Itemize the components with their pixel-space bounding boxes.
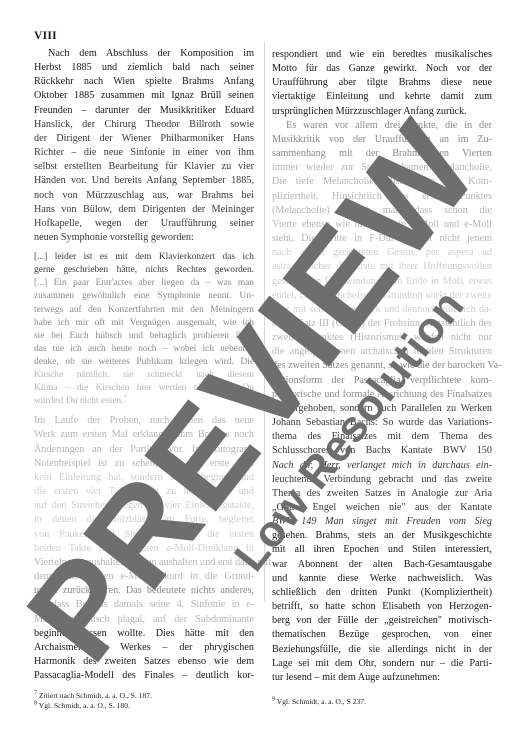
paragraph-intro: Nach dem Abschluss der Komposition im He… (34, 47, 254, 245)
text-line: immer wieder zur Sprache kamen: Melancho… (272, 161, 492, 175)
text-line: von Pauken und Streichern, über die erst… (34, 528, 254, 542)
text-line: Rückkehr nach Wien spielte Brahms Anfang (34, 75, 254, 89)
text-line: der Dirigent der Wiener Philharmoniker H… (34, 132, 254, 146)
footnote-number: 7 (34, 690, 37, 696)
text-line: respondiert und wie ein beredtes musikal… (272, 48, 492, 62)
text-line: Schlusschores von Bachs Kantate BWV 150 (272, 444, 492, 458)
text-line: war Abonnent der alten Bach-Gesamtausgab… (272, 558, 492, 572)
text-line: Hans von Bülow, dem Dirigenten der Meini… (34, 203, 254, 217)
footnote: 7 Zitiert nach Schmidt, a. a. O., S. 187… (34, 691, 152, 701)
column-divider (264, 42, 265, 602)
quote-line: terwegs auf den Konzertfahrten mit den M… (34, 304, 254, 317)
text-line: Herbst 1885 und ziemlich bald nach seine… (34, 61, 254, 75)
text-line: „Gottes Engel weichen nie" aus der Kanta… (272, 501, 492, 515)
text-line: Händen vor. Und bereits Anfang September… (34, 174, 254, 188)
text-line: die ersten vier Takte nicht zu hören sin… (34, 485, 254, 499)
text-line: tur lesend – mit dem Auge aufzunehmen: (272, 671, 492, 685)
text-line: Die tiefe Melancholie, Historismus und K… (272, 175, 492, 189)
text-line: Uraufführung aber tilgte Brahms diese ne… (272, 76, 492, 90)
text-line: beginnen lassen wollte. Dies hätte mit d… (34, 627, 254, 641)
footnote-number: 8 (34, 700, 37, 706)
text-line: betrifft, so hatte schon Elisabeth von H… (272, 600, 492, 614)
text-line: Passacaglia-Modell des Finales – deutlic… (34, 669, 254, 683)
footnote-text: Vgl. Schmidt, a. a. O., S. 180. (39, 701, 130, 710)
text-line: Werk zum ersten Mal erklang, nahm Brahms… (34, 428, 254, 442)
text-line: berg von der Fülle der „geistreichen" mo… (272, 614, 492, 628)
text-line: Hanslick, der Chirurg Theodor Billroth s… (34, 118, 254, 132)
footnote: 9 Vgl. Schmidt, a. a. O., S 237. (272, 697, 366, 707)
text-line: kein Einleitung hat, sondern sofort begi… (34, 471, 254, 485)
text-line: Moll harmonisch plagal, auf der Subdomin… (34, 613, 254, 627)
text-line: dem vollständigen e-Moll-Akkord in die G… (34, 570, 254, 584)
text-line: nach außen gerichteten Gestus, per asper… (272, 246, 492, 260)
document-page: VIII Nach dem Abschluss der Komposition … (0, 0, 530, 750)
text-line: als dass Brahms damals seine 4. Sinfonie… (34, 598, 254, 612)
text-line: beiden Takte hinweg einen a-Moll-Dreikla… (34, 542, 254, 556)
quote-line: sie bei Euch hübsch und behaglich probie… (34, 330, 254, 343)
paragraph-reception: Es waren vor allem drei Punkte, die in d… (272, 119, 492, 685)
text-line: steht. Die Dritte in F-Dur beginnt nicht… (272, 232, 492, 246)
text-line: die angesprochenen archaischen tonalen S… (272, 345, 492, 359)
text-line: tonart zurückkehren. Das bedeutete nicht… (34, 584, 254, 598)
quote-line: habe ich mir oft mit Vergnügen ausgemalt… (34, 317, 254, 330)
quote-line-text: würdest Du nicht essen. (34, 396, 124, 406)
text-line: auf den Streichern liegen die vier Einle… (34, 499, 254, 513)
text-line: riationsform der Passacaglia verpflichte… (272, 374, 492, 388)
text-line: Nach dir, Herr, verlanget mich in durcha… (272, 459, 492, 473)
text-line: selbst erstellten Bearbeitung für Klavie… (34, 160, 254, 174)
text-line: thematischen Bezüge gesprochen, von eine… (272, 628, 492, 642)
quote-line: das tue ich auch heute noch – wobei ich … (34, 343, 254, 356)
quote-line: würdest Du nicht essen.7 (34, 395, 254, 408)
text-line: Harmonik des zweiten Satzes ebenso wie d… (34, 655, 254, 669)
block-quote: [...] leider ist es mit dem Klavierkonze… (34, 251, 254, 408)
quote-line: zusammen gewöhnlich eine Symphonie nennt… (34, 290, 254, 303)
text-line: schließlich den dritten Punkt (Komplizie… (272, 586, 492, 600)
text-line: Hofkapelle, wegen der Uraufführung seine… (34, 217, 254, 231)
text-line: gesehen. Brahms, stets an der Musikgesch… (272, 529, 492, 543)
quote-line: denke, ob sie weiteres Publikum kriegen … (34, 356, 254, 369)
text-line: ursprünglichen Mürzzuschlager Anfang zur… (272, 105, 492, 119)
right-column: respondiert und wie ein beredtes musikal… (272, 48, 492, 685)
text-line: bei in Satz III (C-Dur) der Frohsinn. Hi… (272, 317, 492, 331)
quote-line: [...] Ein paar Entr'actes aber liegen da… (34, 277, 254, 290)
text-line: Vierte ebenso wie die Erste in c-Moll un… (272, 218, 492, 232)
text-line: Freunden – darunter der Musikkritiker Ed… (34, 104, 254, 118)
left-column: Nach dem Abschluss der Komposition im He… (34, 47, 254, 683)
footnotes-right: 9 Vgl. Schmidt, a. a. O., S 237. (272, 697, 366, 707)
text-line: Nach dem Abschluss der Komposition im (34, 47, 254, 61)
text-line: thema des Finalsatzes mit dem Thema des (272, 430, 492, 444)
text-line: Änderungen an der Partitur vor. Im Autog… (34, 443, 254, 457)
text-line: noch von Mürzzuschlag aus, war Brahms be… (34, 189, 254, 203)
text-line: mit all ihren Epochen und Stilen interes… (272, 543, 492, 557)
text-line: pliziertheit. Hinsichtlich des ersten Pu… (272, 190, 492, 204)
text-line: Johann Sebastian Bachs: So wurde das Var… (272, 416, 492, 430)
footnote: 8 Vgl. Schmidt, a. a. O., S. 180. (34, 701, 152, 711)
footnote-marker[interactable]: 7 (124, 395, 127, 401)
page-number: VIII (34, 30, 57, 42)
text-line: BWV 149 Man singet mit Freuden vom Sieg (272, 515, 492, 529)
text-line: Archaismen des Werkes – der phrygischen (34, 641, 254, 655)
footnote-text: Zitiert nach Schmidt, a. a. O., S. 187. (39, 691, 152, 700)
text-line: Musikkritik von der Uraufführung an im Z… (272, 133, 492, 147)
quote-line: Kirsche nämlich, sie schmeckt nach diese… (34, 369, 254, 382)
text-line: Notenbeispiel ist zu sehen, dass der ers… (34, 457, 254, 471)
text-line: und kannte diese Werke nachweislich. Was (272, 572, 492, 586)
text-line: in denen die Holzbläser im Forte, beglei… (34, 513, 254, 527)
footnote-number: 9 (272, 696, 275, 702)
text-line: endet, Der melancholische Grundton wirkt… (272, 289, 492, 303)
text-line: Im Laufe der Proben, nach denen das neue (34, 414, 254, 428)
text-line: (Melancholie) schrieb man, dass schon di… (272, 204, 492, 218)
quote-line: gerne geschrieben hätte, nichts Rechtes … (34, 264, 254, 277)
text-line: zweiten Punktes (Historismus) werden nic… (272, 331, 492, 345)
paragraph-continuation: respondiert und wie ein beredtes musikal… (272, 48, 492, 119)
paragraph-revision: Im Laufe der Proben, nach denen das neue… (34, 414, 254, 683)
text-line: Satz mit seinem Ausdruck und dennoch gib… (272, 303, 492, 317)
text-line: viertaktige Einleitung und kehrte damit … (272, 90, 492, 104)
footnotes-left: 7 Zitiert nach Schmidt, a. a. O., S. 187… (34, 691, 152, 711)
text-line: Motto für das Ganze gewirkt. Noch vor de… (272, 62, 492, 76)
text-line: leuchtende Verbindung gebracht und das z… (272, 473, 492, 487)
text-line: des zweiten Satzes genannt, so wie die d… (272, 359, 492, 373)
text-line: gesteigerten Überwindung zum Ende in Mol… (272, 275, 492, 289)
text-line: Beziehungsfülle, die sie allerdings nich… (272, 643, 492, 657)
text-line: Richter – die neue Sinfonie in einer von… (34, 146, 254, 160)
text-line: Es waren vor allem drei Punkte, die in d… (272, 119, 492, 133)
text-line: neuen Symphonie vorstellig geworden: (34, 231, 254, 245)
text-line: sammenhang mit der Brahms'schen Vierten (272, 147, 492, 161)
text-line: positorische und formale Ausrichtung des… (272, 388, 492, 402)
text-line: Lage sei mit dem Ohr, sondern nur – die … (272, 657, 492, 671)
text-line: Thema des zweiten Satzes in Analogie zur… (272, 487, 492, 501)
text-line: hervorgehoben, sondern auch Parallelen z… (272, 402, 492, 416)
footnote-text: Vgl. Schmidt, a. a. O., S 237. (277, 697, 366, 706)
text-line: Oktober 1885 zusammen mit Ignaz Brüll se… (34, 89, 254, 103)
text-line: astra, welcher die Erste mit ihrer Hoffn… (272, 260, 492, 274)
quote-line: Klima – die Kirschen hier werden nicht s… (34, 382, 254, 395)
text-line: Viertelnoten aushalten, diesen aushalten… (34, 556, 254, 570)
quote-line: [...] leider ist es mit dem Klavierkonze… (34, 251, 254, 264)
